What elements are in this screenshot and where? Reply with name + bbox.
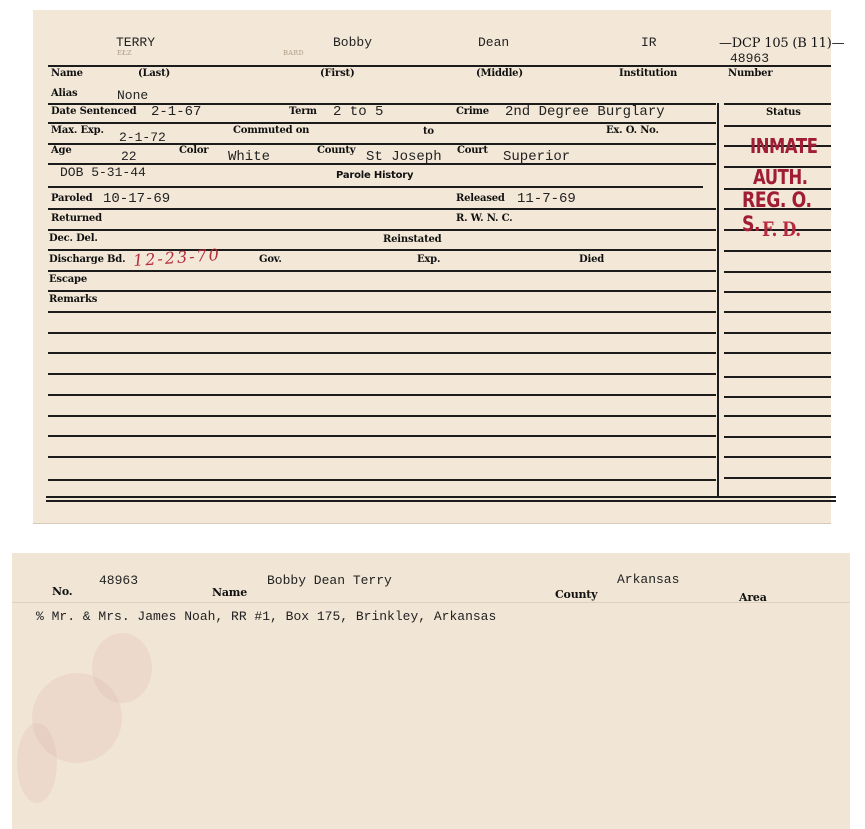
stamp-fd: F. D. [762,217,801,241]
discharge-bd-label: Discharge Bd. [49,254,125,265]
released-value: 11-7-69 [517,191,576,207]
paroled-value: 10-17-69 [103,191,170,207]
status-label: Status [766,107,801,118]
name-value: Bobby Dean Terry [267,573,392,588]
county-value: Arkansas [617,572,679,587]
returned-label: Returned [51,213,102,224]
name-label: Name [51,68,83,79]
remarks-label: Remarks [49,294,97,305]
status-column-divider [717,103,719,496]
crime-label: Crime [456,106,489,117]
dec-del-label: Dec. Del. [49,233,98,244]
middle-label: (Middle) [476,68,523,79]
first-name-value: Bobby [333,35,372,50]
number-label: Number [728,68,772,79]
alias-label: Alias [51,88,77,99]
no-label: No. [52,585,72,598]
name-label: Name [212,586,247,599]
paroled-label: Paroled [51,193,92,204]
age-label: Age [51,145,72,156]
inmate-record-card-back: No. 48963 Name Bobby Dean Terry Arkansas… [12,553,850,829]
ex-o-no-label: Ex. O. No. [606,125,659,136]
inmate-number-value: 48963 [730,51,769,66]
term-value: 2 to 5 [333,104,383,120]
commuted-on-label: Commuted on [233,125,309,136]
date-sentenced-value: 2-1-67 [151,104,201,120]
to-label: to [423,126,434,137]
gov-label: Gov. [259,254,282,265]
first-name-smudge: ʙᴀʀᴅ [283,48,304,58]
term-label: Term [289,106,317,117]
last-label: (Last) [138,68,170,79]
form-id: —DCP 105 (B 11)— [719,36,844,51]
court-label: Court [457,145,488,156]
institution-label: Institution [619,68,677,79]
inmate-record-card-front: TERRY ᴇᴌᴢ ʙᴀʀᴅ Bobby Dean IR —DCP 105 (B… [33,10,831,523]
institution-value: IR [641,35,657,50]
escape-label: Escape [49,274,87,285]
last-name-smudge: ᴇᴌᴢ [117,48,132,58]
address-value: % Mr. & Mrs. James Noah, RR #1, Box 175,… [36,609,496,624]
crime-value: 2nd Degree Burglary [505,104,665,120]
divider [12,602,850,603]
alias-value: None [117,88,148,103]
exp-label: Exp. [417,254,440,265]
county-label: County [555,588,597,601]
county-label: County [317,145,355,156]
died-label: Died [579,254,604,265]
no-value: 48963 [99,573,138,588]
stamp-inmate: INMATE [750,134,817,158]
stamp-auth: AUTH. [753,165,808,189]
reinstated-label: Reinstated [383,234,441,245]
released-label: Released [456,193,505,204]
rwnc-label: R. W. N. C. [456,213,512,224]
date-sentenced-label: Date Sentenced [51,106,136,117]
age-value: 22 [121,149,137,164]
max-exp-label: Max. Exp. [51,125,104,136]
dob-value: DOB 5-31-44 [60,165,146,180]
color-label: Color [179,145,208,156]
parole-history-label: Parole History [336,170,413,181]
first-label: (First) [320,68,354,79]
middle-name-value: Dean [478,35,509,50]
